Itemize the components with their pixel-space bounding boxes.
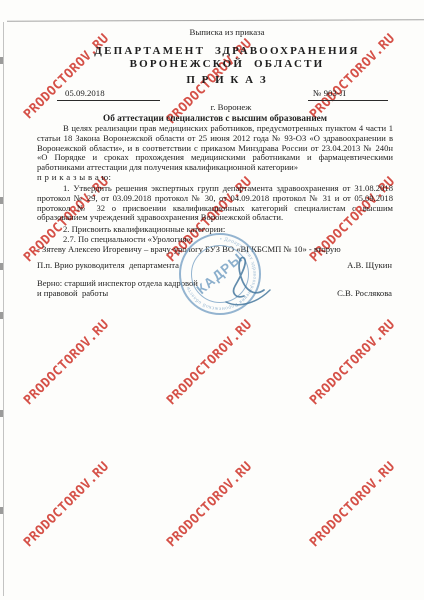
order-word: п р и к а з ы в а ю:: [37, 172, 111, 182]
doc-date: 05.09.2018: [65, 88, 105, 98]
pp-signer-title: П.п. Врио руководителя департамента: [37, 260, 179, 270]
watermark-text: PRODOCTOROV.RU: [15, 453, 118, 556]
watermark-text: PRODOCTOROV.RU: [158, 311, 261, 414]
watermark-text: PRODOCTOROV.RU: [301, 453, 404, 556]
order-item-1: 1. Утвердить решения экспертных групп де…: [37, 184, 393, 223]
signature-mark: [214, 252, 278, 308]
number-underline: [308, 100, 388, 101]
scan-edge-left: [3, 22, 4, 596]
pp-signer-name: А.В. Щукин: [347, 260, 392, 270]
scan-edge-top: [7, 19, 424, 21]
scan-mark: [0, 263, 3, 270]
scan-mark: [0, 57, 3, 64]
org-name-line2: ВОРОНЕЖСКОЙ ОБЛАСТИ: [49, 58, 405, 70]
scan-mark: [0, 410, 3, 417]
watermark-text: PRODOCTOROV.RU: [15, 311, 118, 414]
scan-mark: [0, 507, 3, 514]
scanned-document-page: PRODOCTOROV.RU PRODOCTOROV.RU PRODOCTORO…: [0, 0, 424, 600]
scan-mark: [0, 312, 3, 319]
doc-city: г. Воронеж: [53, 102, 409, 112]
watermark-text: PRODOCTOROV.RU: [301, 311, 404, 414]
org-name-line1: ДЕПАРТАМЕНТ ЗДРАВООХРАНЕНИЯ: [49, 45, 405, 57]
watermark-text: PRODOCTOROV.RU: [158, 453, 261, 556]
doc-number: № 903-Л: [313, 88, 346, 98]
verify-name: С.В. Рослякова: [337, 288, 392, 298]
doc-subject-title: Об аттестации специалистов с высшим обра…: [37, 113, 393, 123]
date-underline: [57, 100, 160, 101]
doc-type-label: П Р И К А З: [49, 74, 405, 86]
preamble-paragraph: В целях реализации прав медицинских рабо…: [37, 124, 393, 173]
scan-mark: [0, 197, 3, 204]
extract-label: Выписка из приказа: [49, 27, 405, 37]
